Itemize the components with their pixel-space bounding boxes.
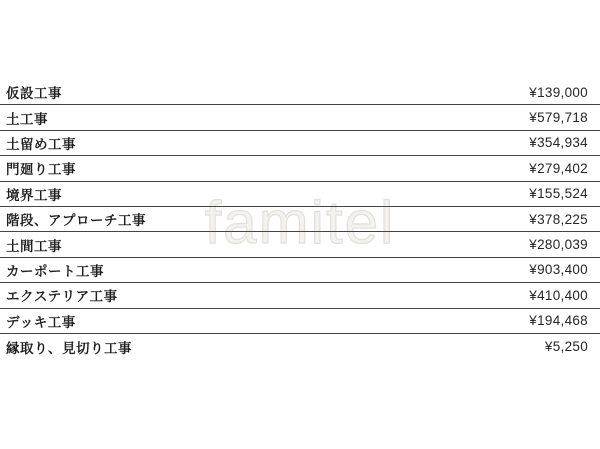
- work-item-label: 門廻り工事: [0, 158, 76, 178]
- table-row: 門廻り工事 ¥279,402: [0, 156, 600, 181]
- table-row: 土工事 ¥579,718: [0, 105, 600, 130]
- table-row: 土留め工事 ¥354,934: [0, 131, 600, 156]
- work-item-amount: ¥194,468: [529, 313, 600, 328]
- work-item-amount: ¥5,250: [545, 339, 600, 354]
- work-item-label: デッキ工事: [0, 311, 76, 331]
- work-item-label: 土工事: [0, 108, 48, 128]
- table-row: デッキ工事 ¥194,468: [0, 309, 600, 334]
- construction-price-table: 仮設工事 ¥139,000 土工事 ¥579,718 土留め工事 ¥354,93…: [0, 80, 600, 359]
- table-row: エクステリア工事 ¥410,400: [0, 283, 600, 308]
- work-item-label: エクステリア工事: [0, 285, 118, 305]
- work-item-label: カーポート工事: [0, 260, 104, 280]
- work-item-label: 土留め工事: [0, 133, 76, 153]
- work-item-label: 階段、アプローチ工事: [0, 209, 146, 229]
- table-row: 境界工事 ¥155,524: [0, 182, 600, 207]
- work-item-label: 境界工事: [0, 184, 62, 204]
- table-row: 階段、アプローチ工事 ¥378,225: [0, 207, 600, 232]
- work-item-amount: ¥280,039: [529, 237, 600, 252]
- work-item-amount: ¥139,000: [529, 85, 600, 100]
- work-item-label: 土間工事: [0, 235, 62, 255]
- work-item-label: 仮設工事: [0, 82, 62, 102]
- table-row: 仮設工事 ¥139,000: [0, 80, 600, 105]
- work-item-amount: ¥579,718: [529, 110, 600, 125]
- table-row: カーポート工事 ¥903,400: [0, 258, 600, 283]
- page-canvas: famitel 仮設工事 ¥139,000 土工事 ¥579,718 土留め工事…: [0, 0, 600, 449]
- table-row: 縁取り、見切り工事 ¥5,250: [0, 334, 600, 359]
- work-item-amount: ¥378,225: [529, 212, 600, 227]
- work-item-amount: ¥279,402: [529, 161, 600, 176]
- work-item-amount: ¥354,934: [529, 135, 600, 150]
- work-item-amount: ¥410,400: [529, 288, 600, 303]
- work-item-amount: ¥155,524: [529, 186, 600, 201]
- work-item-amount: ¥903,400: [529, 262, 600, 277]
- work-item-label: 縁取り、見切り工事: [0, 337, 132, 357]
- table-row: 土間工事 ¥280,039: [0, 232, 600, 257]
